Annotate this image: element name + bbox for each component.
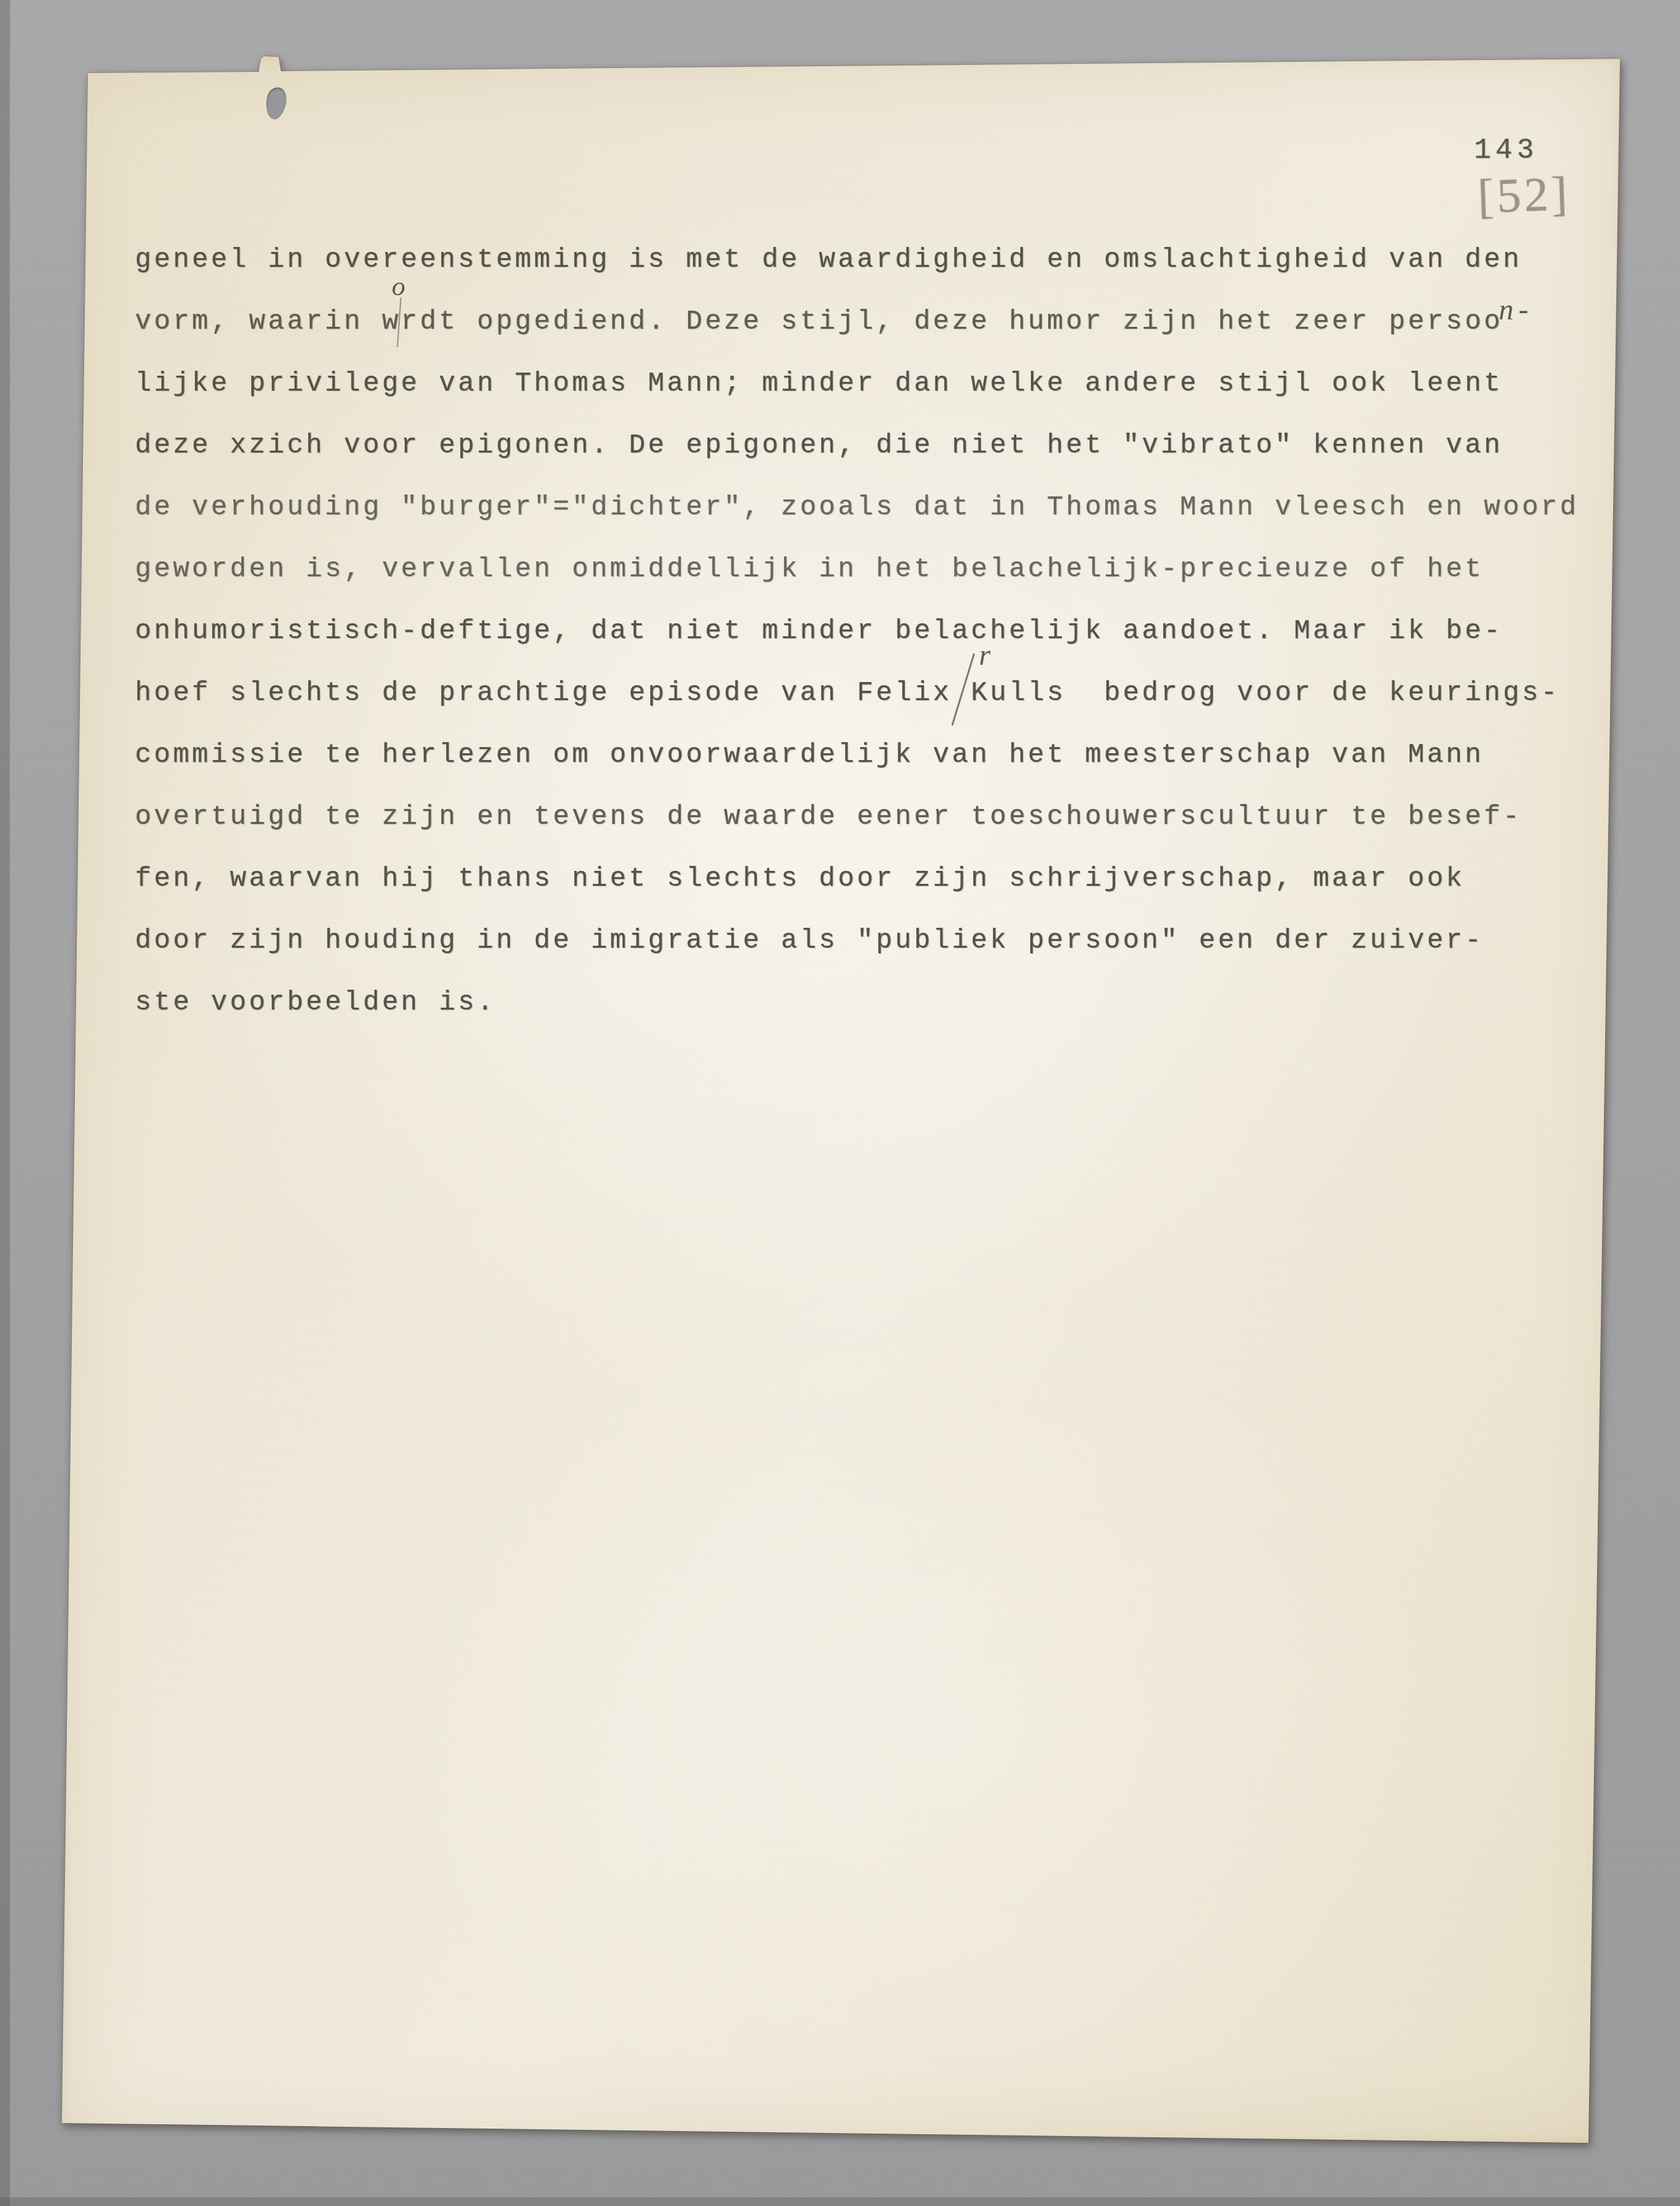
typewritten-line: door zijn houding in de imigratie als "p… [135, 910, 1589, 972]
typewritten-line: ste voorbeelden is. [135, 972, 1589, 1034]
typewritten-line: fen, waarvan hij thans niet slechts door… [135, 848, 1589, 910]
page-number-pencil: [52] [1476, 165, 1571, 225]
typewritten-text-block: geneel in overeenstemming is met de waar… [135, 229, 1589, 1034]
typewritten-line: hoef slechts de prachtige episode van Fe… [135, 662, 1589, 724]
paper-sheet-wrapper: 143 [52] geneel in overeenstemming is me… [62, 56, 1621, 2143]
typewritten-line: overtuigd te zijn en tevens de waarde ee… [135, 786, 1589, 848]
scan-background: { "scan": { "background_color": "#a3a3a5… [0, 0, 1680, 2206]
handwritten-o-annotation: o [392, 273, 405, 300]
typewritten-line: geneel in overeenstemming is met de waar… [135, 229, 1589, 291]
scanner-bed-shadow-left [0, 0, 10, 2206]
handwritten-n-annotation: n- [1499, 295, 1533, 325]
typewritten-line: commissie te herlezen om onvoorwaardelij… [135, 724, 1589, 786]
typewritten-line: geworden is, vervallen onmiddellijk in h… [135, 539, 1589, 600]
typewritten-line: onhumoristisch-deftige, dat niet minder … [135, 600, 1589, 662]
typewritten-line: de verhouding "burger"="dichter", zooals… [135, 477, 1589, 539]
paper-tear-hole [263, 85, 289, 121]
handwritten-r-annotation: r [979, 641, 991, 670]
page-number-typed: 143 [1474, 136, 1538, 165]
paper-sheet: 143 [52] geneel in overeenstemming is me… [62, 56, 1621, 2143]
typewritten-line: deze xzich voor epigonen. De epigonen, d… [135, 415, 1589, 477]
scanner-bed-shadow-bottom [0, 2197, 1680, 2206]
typewritten-line: vorm, waarin wrdt opgediend. Deze stijl,… [135, 291, 1589, 353]
typewritten-line: lijke privilege van Thomas Mann; minder … [135, 353, 1589, 415]
